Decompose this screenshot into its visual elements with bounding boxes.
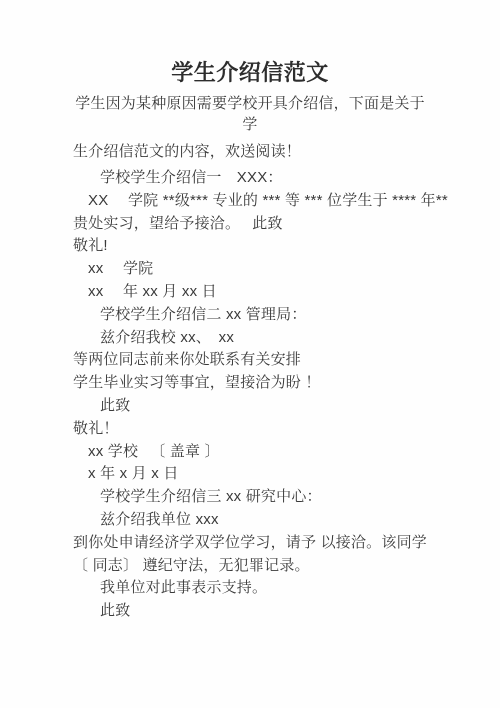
doc-line-letter3-body-4: 我单位对此事表示支持。 — [0, 577, 500, 600]
doc-line-letter2-body-2: 等两位同志前来你处联系有关安排 — [0, 349, 500, 372]
doc-line-intro-3: 生介绍信范文的内容，欢送阅读！ — [0, 140, 500, 163]
doc-line-letter1-body-2: 贵处实习，望给予接洽。 此致 — [0, 213, 500, 236]
doc-line-letter1-date: xx 年 xx 月 xx 日 — [0, 281, 500, 304]
doc-line-letter3-body-1: 兹介绍我单位 xxx — [0, 509, 500, 532]
letter-document-page: 学生介绍信范文 学生因为某种原因需要学校开具介绍信，下面是关于 学 生介绍信范文… — [0, 0, 500, 708]
doc-line-intro-1: 学生因为某种原因需要学校开具介绍信，下面是关于 — [0, 94, 500, 115]
doc-line-letter2-body-1: 兹介绍我校 xx、 xx — [0, 327, 500, 350]
doc-line-letter2-heading: 学校学生介绍信二 xx 管理局： — [0, 304, 500, 327]
doc-line-letter1-heading: 学校学生介绍信一 XXX： — [0, 167, 500, 190]
doc-line-letter2-signature: xx 学校 〔 盖章 〕 — [0, 441, 500, 464]
doc-line-letter3-body-2: 到你处申请经济学双学位学习，请予 以接洽。该同学 — [0, 532, 500, 555]
doc-line-intro-2: 学 — [0, 115, 500, 136]
doc-line-letter2-salute: 敬礼！ — [0, 418, 500, 441]
page-title: 学生介绍信范文 — [0, 0, 500, 87]
doc-line-letter3-body-3: 〔 同志〕 遵纪守法，无犯罪记录。 — [0, 555, 500, 578]
doc-line-letter2-closing: 此致 — [0, 395, 500, 418]
doc-line-letter2-date: x 年 x 月 x 日 — [0, 463, 500, 486]
doc-line-letter1-signature: xx 学院 — [0, 258, 500, 281]
doc-line-letter2-body-3: 学生毕业实习等事宜，望接洽为盼 ！ — [0, 372, 500, 395]
doc-line-letter3-heading: 学校学生介绍信三 xx 研究中心： — [0, 486, 500, 509]
doc-line-letter3-closing: 此致 — [0, 600, 500, 623]
doc-line-letter1-body-1: XX 学院 **级*** 专业的 *** 等 *** 位学生于 **** 年** — [0, 190, 500, 213]
doc-line-letter1-salute: 敬礼! — [0, 235, 500, 258]
